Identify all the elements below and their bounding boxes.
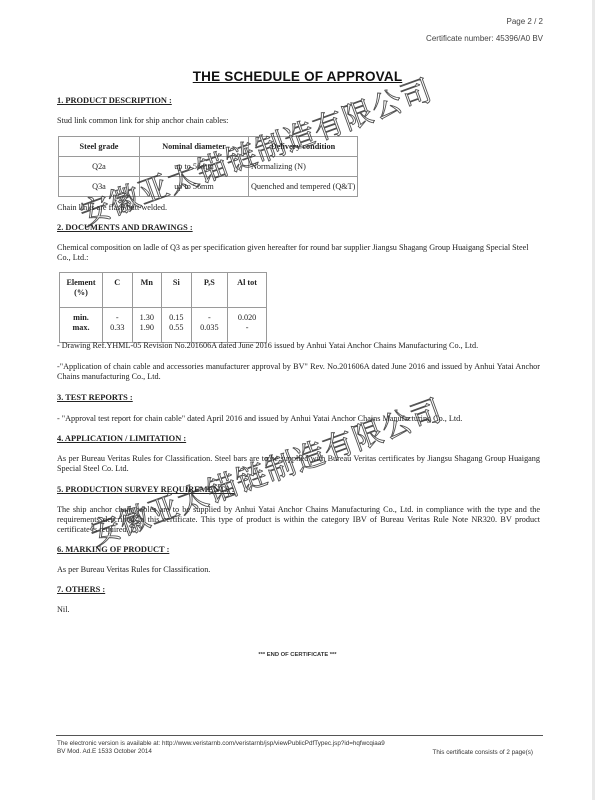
table-cell: Q2a	[59, 157, 140, 177]
table-row: min.max. -0.33 1.301.90 0.150.55 -0.035 …	[60, 308, 267, 343]
end-of-certificate: *** END OF CERTIFICATE ***	[0, 652, 595, 658]
table-cell: Q3a	[59, 177, 140, 197]
section-6-text: As per Bureau Veritas Rules for Classifi…	[57, 565, 540, 575]
section-7-heading: 7. OTHERS :	[57, 585, 105, 594]
steel-grade-table: Steel grade Nominal diameter Delivery co…	[58, 136, 358, 197]
table-cell: -0.33	[103, 308, 133, 343]
row-label: min.max.	[60, 308, 103, 343]
section-5-heading: 5. PRODUCTION SURVEY REQUIREMENTS :	[57, 485, 234, 494]
page-number: Page 2 / 2	[507, 17, 543, 26]
section-7-text: Nil.	[57, 605, 540, 615]
column-header: C	[103, 273, 133, 308]
drawing-reference: - Drawing Ref.YHML-05 Revision No.201606…	[57, 341, 540, 351]
column-header: Al tot	[228, 273, 267, 308]
column-header: Delivery condition	[249, 137, 358, 157]
section-2-heading: 2. DOCUMENTS AND DRAWINGS :	[57, 223, 193, 232]
table-header-row: Element (%) C Mn Si P,S Al tot	[60, 273, 267, 308]
certificate-number: Certificate number: 45396/A0 BV	[426, 34, 543, 43]
section-3-heading: 3. TEST REPORTS :	[57, 393, 133, 402]
column-header: Element (%)	[60, 273, 103, 308]
section-1-intro: Stud link common link for ship anchor ch…	[57, 116, 540, 126]
form-reference: BV Mod. Ad.E 1533 October 2014	[57, 748, 152, 755]
table-cell: Quenched and tempered (Q&T)	[249, 177, 358, 197]
footer-divider	[56, 735, 543, 736]
table-row: Q2a up to 56mm Normalizing (N)	[59, 157, 358, 177]
section-4-heading: 4. APPLICATION / LIMITATION :	[57, 434, 186, 443]
certificate-page: Page 2 / 2 Certificate number: 45396/A0 …	[0, 0, 595, 800]
table-cell: Normalizing (N)	[249, 157, 358, 177]
chemical-composition-table: Element (%) C Mn Si P,S Al tot min.max. …	[59, 272, 267, 343]
section-4-text: As per Bureau Veritas Rules for Classifi…	[57, 454, 540, 474]
column-header: Mn	[132, 273, 162, 308]
page-count-note: This certificate consists of 2 page(s)	[433, 749, 533, 756]
column-header: Nominal diameter	[140, 137, 249, 157]
column-header: P,S	[191, 273, 228, 308]
table-row: Q3a up to 56mm Quenched and tempered (Q&…	[59, 177, 358, 197]
section-3-text: - "Approval test report for chain cable"…	[57, 414, 540, 424]
section-1-note: Chain links are flash butt welded.	[57, 203, 540, 213]
section-2-intro: Chemical composition on ladle of Q3 as p…	[57, 243, 540, 263]
electronic-version-note: The electronic version is available at: …	[57, 740, 385, 747]
table-cell: 0.020-	[228, 308, 267, 343]
table-header-row: Steel grade Nominal diameter Delivery co…	[59, 137, 358, 157]
application-reference: -"Application of chain cable and accesso…	[57, 362, 540, 382]
column-header: Si	[162, 273, 192, 308]
table-cell: up to 56mm	[140, 177, 249, 197]
section-1-heading: 1. PRODUCT DESCRIPTION :	[57, 96, 172, 105]
table-cell: up to 56mm	[140, 157, 249, 177]
column-header: Steel grade	[59, 137, 140, 157]
table-cell: -0.035	[191, 308, 228, 343]
table-cell: 0.150.55	[162, 308, 192, 343]
section-5-text: The ship anchor chain cables are to be s…	[57, 505, 540, 535]
section-6-heading: 6. MARKING OF PRODUCT :	[57, 545, 169, 554]
table-cell: 1.301.90	[132, 308, 162, 343]
document-title: THE SCHEDULE OF APPROVAL	[0, 69, 595, 84]
